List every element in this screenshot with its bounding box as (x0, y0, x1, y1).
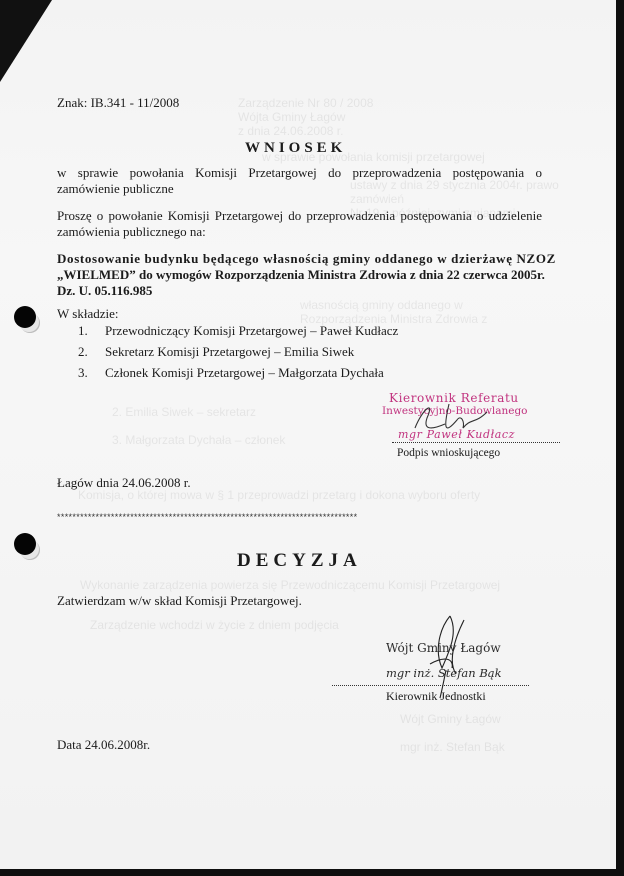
document-reference: Znak: IB.341 - 11/2008 (57, 95, 179, 110)
request-title: WNIOSEK (245, 140, 346, 157)
folded-corner (0, 0, 52, 82)
decision-text: Zatwierdzam w/w skład Komisji Przetargow… (57, 593, 302, 608)
committee-members-list: 1.Przewodniczący Komisji Przetargowej – … (78, 323, 398, 386)
decision-title: DECYZJA (237, 550, 362, 572)
bleed-through-text: Zarządzenie Nr 80 / 2008Wójta Gminy Łagó… (238, 96, 373, 138)
request-text: Proszę o powołanie Komisji Przetargowej … (57, 208, 542, 240)
signature-line (392, 442, 560, 443)
decision-signature-caption: Kierownik Jednostki (386, 689, 486, 704)
place-date: Łagów dnia 24.06.2008 r. (57, 475, 191, 490)
official-stamp-line1: Wójt Gminy Łagów (386, 641, 501, 655)
signature-caption: Podpis wnioskującego (397, 446, 500, 461)
handwritten-signature (405, 400, 495, 440)
scanned-document-page: Zarządzenie Nr 80 / 2008Wójta Gminy Łagó… (0, 0, 616, 869)
list-item: 1.Przewodniczący Komisji Przetargowej – … (78, 323, 398, 344)
punch-hole (14, 533, 36, 555)
punch-hole (14, 306, 36, 328)
procurement-object-line1: Dostosowanie budynku będącego własnością… (57, 251, 556, 266)
scan-border-bottom (0, 869, 624, 876)
procurement-object-line3: Dz. U. 05.116.985 (57, 283, 152, 298)
procurement-object-line2: „WIELMED” do wymogów Rozporządzenia Mini… (57, 267, 545, 282)
list-item: 3.Członek Komisji Przetargowej – Małgorz… (78, 365, 398, 386)
handwritten-signature (420, 610, 480, 700)
bleed-through-text: Wójt Gminy Łagówmgr inż. Stefan Bąk (400, 712, 505, 754)
bleed-through-text: 2. Emilia Siwek – sekretarz3. Małgorzata… (112, 405, 285, 447)
request-subject: w sprawie powołania Komisji Przetargowej… (57, 165, 542, 197)
bleed-through-text: własnością gminy oddanego wRozporządzeni… (300, 298, 487, 326)
bleed-through-text: Wykonanie zarządzenia powierza się Przew… (80, 578, 500, 592)
separator-line: ****************************************… (57, 512, 358, 522)
signature-line (332, 685, 529, 686)
scan-border-right (616, 0, 624, 876)
list-item: 2.Sekretarz Komisji Przetargowej – Emili… (78, 344, 398, 365)
official-stamp-line2: mgr inż. Stefan Bąk (386, 666, 502, 680)
bleed-through-text: Komisja, o której mowa w § 1 przeprowadz… (78, 488, 480, 502)
decision-date: Data 24.06.2008r. (57, 737, 150, 752)
composition-label: W składzie: (57, 306, 119, 321)
bleed-through-text: Zarządzenie wchodzi w życie z dniem podj… (90, 618, 339, 632)
